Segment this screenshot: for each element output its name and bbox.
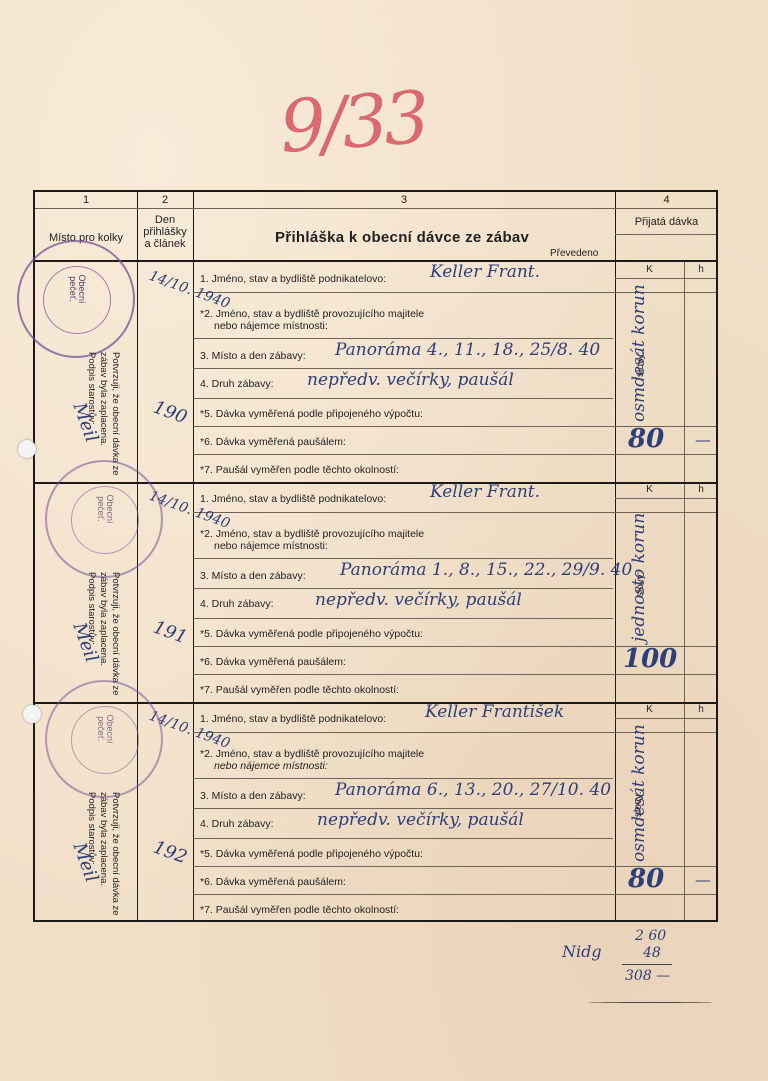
col2-header-line3: a článek [137,238,193,250]
row-line [193,338,613,339]
carried-forward-label: Převedeno [550,248,598,259]
label-calculated-fee: *5. Dávka vyměřená podle připojeného výp… [200,848,423,860]
col-number-1: 1 [35,194,137,206]
label-type: 4. Druh zábavy: [200,818,274,830]
entrepreneur-value: Keller Frant. [430,482,540,502]
label-place-days: 3. Místo a den zábavy: [200,350,306,362]
label-owner: *2. Jméno, stav a bydliště provozujícího… [200,528,424,552]
label-type: 4. Druh zábavy: [200,598,274,610]
amount-k: 80 [628,864,664,894]
label-flat-fee: *6. Dávka vyměřená paušálem: [200,656,346,668]
calc-sum-line [622,964,672,965]
label-owner: *2. Jméno, stav a bydliště provozujícího… [200,748,424,772]
row-line [193,454,716,455]
calc-line-2: 48 [643,945,661,961]
amount-h: — [695,430,711,449]
col-number-2: 2 [137,194,193,206]
label-place-days: 3. Místo a den zábavy: [200,790,306,802]
label-flat-circumstances: *7. Paušál vyměřen podle těchto okolnost… [200,904,399,916]
payment-confirmation: Potvrzuji, že obecní dávka ze zábav byla… [97,572,121,696]
h-header: h [684,704,718,715]
amount-k: 100 [623,644,677,674]
label-entrepreneur: 1. Jméno, stav a bydliště podnikatelovo: [200,713,386,725]
col4-sub-line [615,234,716,235]
row-line [193,398,613,399]
place-days-value: Panoráma 6., 13., 20., 27/10. 40 [335,780,611,800]
row-line [193,558,613,559]
header-bottom-line [35,260,716,262]
punch-hole [18,440,36,458]
k-header: K [615,264,684,275]
row-line [193,674,716,675]
label-owner: *2. Jméno, stav a bydliště provozujícího… [200,308,424,332]
place-days-value: Panoráma 1., 8., 15., 22., 29/9. 40 [340,560,632,580]
punch-hole [23,705,41,723]
row-line [615,278,716,279]
confirm-line1: Potvrzuji, že obecní dávka ze [109,572,121,696]
col2-header: Den přihlášky a článek [137,214,193,250]
col-divider-2 [193,192,194,920]
confirm-line1: Potvrzuji, že obecní dávka ze [109,792,121,916]
label-owner-line2: nebo nájemce místnosti: [200,320,424,332]
stamp-text: Obecní pečeť. [96,709,114,749]
col2-header-line1: Den [137,214,193,226]
reference-number: 9/33 [277,75,428,169]
article-value: 190 [150,397,189,428]
payment-confirmation: Potvrzuji, že obecní dávka ze zábav byla… [97,792,121,916]
col2-header-line2: přihlášky [137,226,193,238]
label-owner-line2: nebo nájemce místnosti: [200,760,424,772]
col-number-4: 4 [615,194,718,206]
label-place-days: 3. Místo a den zábavy: [200,570,306,582]
col4-header: Přijatá dávka [615,216,718,228]
stamp-text: Obecní pečeť. [68,269,86,309]
entrepreneur-value: Keller František [425,702,564,722]
amount-in-words: osmdesát korun [629,284,649,422]
confirm-line2: zábav byla zaplacena. [97,792,109,916]
header-number-row-line [35,208,716,209]
clerk-initials: Nidg [562,942,602,961]
row-line [193,838,613,839]
label-entrepreneur: 1. Jméno, stav a bydliště podnikatelovo: [200,273,386,285]
row-line [193,894,716,895]
label-entrepreneur: 1. Jméno, stav a bydliště podnikatelovo: [200,493,386,505]
confirm-line2: zábav byla zaplacena. [97,352,109,476]
label-flat-fee: *6. Dávka vyměřená paušálem: [200,876,346,888]
label-owner-line1: *2. Jméno, stav a bydliště provozujícího… [200,528,424,540]
label-flat-circumstances: *7. Paušál vyměřen podle těchto okolnost… [200,464,399,476]
row-line [193,808,613,809]
entrepreneur-value: Keller Frant. [430,262,540,282]
fee-registration-table: 1 2 3 4 Místo pro kolky Den přihlášky a … [33,190,718,922]
place-days-value: Panoráma 4., 11., 18., 25/8. 40 [335,340,600,360]
article-value: 191 [150,617,189,648]
label-owner-line1: *2. Jméno, stav a bydliště provozujícího… [200,748,424,760]
col-divider-3 [615,192,616,920]
h-header: h [684,484,718,495]
label-type: 4. Druh zábavy: [200,378,274,390]
row-line [193,618,613,619]
amount-in-words: jednosto korun [629,513,649,642]
payment-confirmation: Potvrzuji, že obecní dávka ze zábav byla… [97,352,121,476]
label-owner-line2: nebo nájemce místnosti: [200,540,424,552]
row-line [193,368,613,369]
municipal-stamp: Obecní pečeť. [45,680,163,798]
municipal-stamp: Obecní pečeť. [45,460,163,578]
label-flat-fee: *6. Dávka vyměřená paušálem: [200,436,346,448]
label-flat-circumstances: *7. Paušál vyměřen podle těchto okolnost… [200,684,399,696]
row-line [193,778,613,779]
closing-stroke [588,1002,713,1003]
k-header: K [615,704,684,715]
type-value: nepředv. večírky, paušál [317,810,524,830]
calc-line-1: 2 60 [635,928,666,944]
confirm-line1: Potvrzuji, že obecní dávka ze [109,352,121,476]
col-divider-k-h [684,260,685,920]
row-line [615,718,716,719]
calc-total: 308 — [625,968,670,984]
amount-k: 80 [628,424,664,454]
stamp-text: Obecní pečeť. [96,489,114,529]
amount-h: — [695,870,711,889]
article-value: 192 [150,837,189,868]
label-owner-line1: *2. Jméno, stav a bydliště provozujícího… [200,308,424,320]
col-number-3: 3 [193,194,615,206]
municipal-stamp: Obecní pečeť. [17,240,135,358]
amount-in-words: osmdesát korun [629,724,649,862]
confirm-line2: zábav byla zaplacena. [97,572,109,696]
type-value: nepředv. večírky, paušál [307,370,514,390]
h-header: h [684,264,718,275]
k-header: K [615,484,684,495]
row-line [615,498,716,499]
type-value: nepředv. večírky, paušál [315,590,522,610]
form-title: Přihláška k obecní dávce ze zábav [275,229,529,246]
label-calculated-fee: *5. Dávka vyměřená podle připojeného výp… [200,408,423,420]
label-calculated-fee: *5. Dávka vyměřená podle připojeného výp… [200,628,423,640]
row-line [193,588,613,589]
